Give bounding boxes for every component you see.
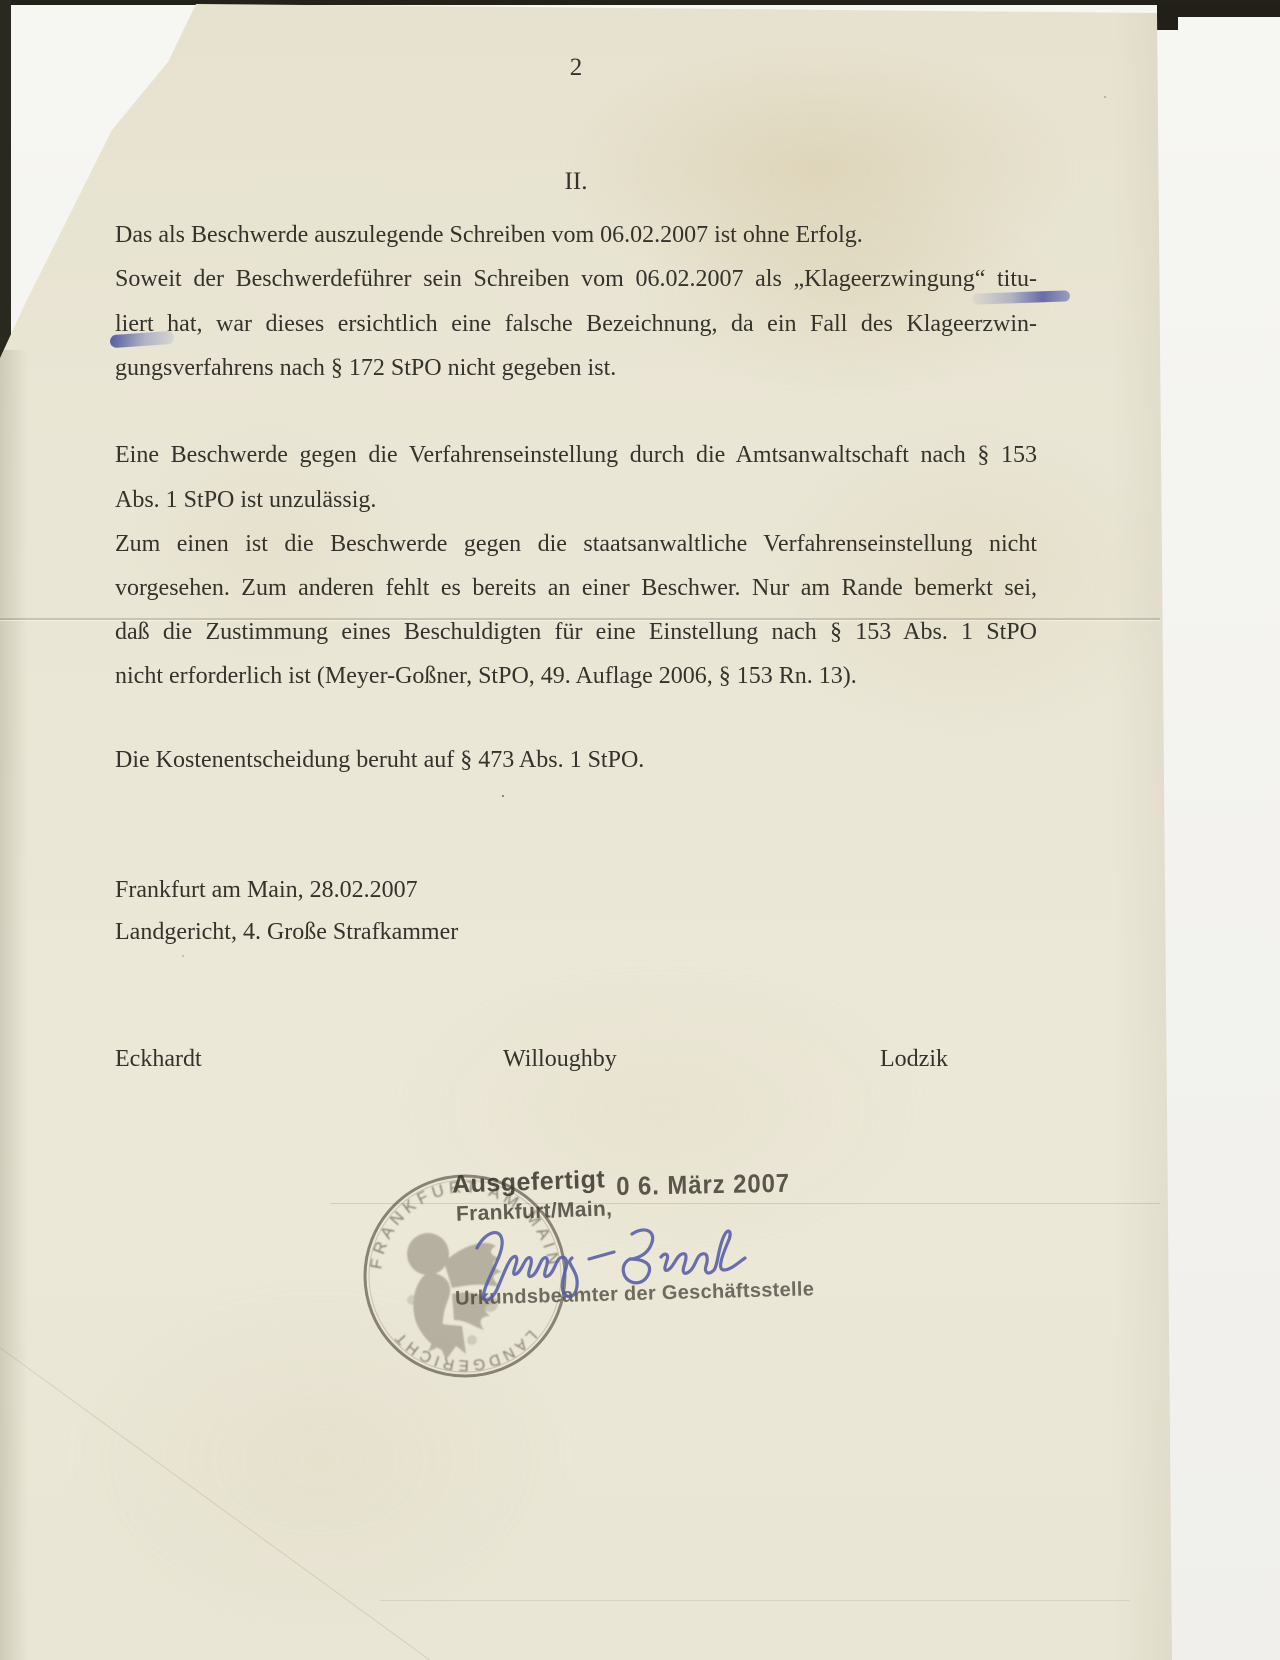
stamp-certification-text: Ausgefertigt [452, 1165, 606, 1199]
section-heading: II. [115, 167, 1037, 197]
paper-speck [502, 795, 504, 797]
body-line: Soweit der Beschwerdeführer sein Schreib… [115, 265, 1037, 294]
scan-edge-top [0, 0, 1280, 5]
body-line: nicht erforderlich ist (Meyer-Goßner, St… [115, 662, 1037, 691]
document-page: 2 II. Das als Beschwerde auszulegende Sc… [0, 0, 1280, 1660]
signatory-name: Willoughby [503, 1046, 617, 1073]
body-line: Das als Beschwerde auszulegende Schreibe… [115, 221, 1037, 250]
dateline: Frankfurt am Main, 28.02.2007 [115, 876, 1037, 905]
body-line: gungsverfahrens nach § 172 StPO nicht ge… [115, 354, 1037, 383]
scan-edge-corner [1157, 5, 1178, 30]
paper-speck [1104, 96, 1106, 98]
fold-crease [380, 1600, 1130, 1601]
body-line: Zum einen ist die Beschwerde gegen die s… [115, 530, 1037, 559]
body-line: Eine Beschwerde gegen die Verfahrenseins… [115, 441, 1037, 470]
court-line: Landgericht, 4. Große Strafkammer [115, 918, 1037, 947]
date-stamp: 0 6. März 2007 [616, 1168, 790, 1202]
page-number: 2 [115, 53, 1037, 83]
body-line: daß die Zustimmung eines Beschuldigten f… [115, 618, 1037, 647]
body-line: Abs. 1 StPO ist unzulässig. [115, 486, 1037, 515]
signatory-name: Eckhardt [115, 1046, 202, 1073]
body-line: liert hat, war dieses ersichtlich eine f… [115, 310, 1037, 339]
signatory-name: Lodzik [880, 1046, 948, 1073]
paper-speck [182, 955, 184, 957]
body-line: vorgesehen. Zum anderen fehlt es bereits… [115, 574, 1037, 603]
page-curl-shadow [0, 350, 28, 1660]
body-line: Die Kostenentscheidung beruht auf § 473 … [115, 746, 1037, 775]
scan-edge-left [0, 0, 11, 386]
handwritten-signature-icon [455, 1218, 755, 1318]
